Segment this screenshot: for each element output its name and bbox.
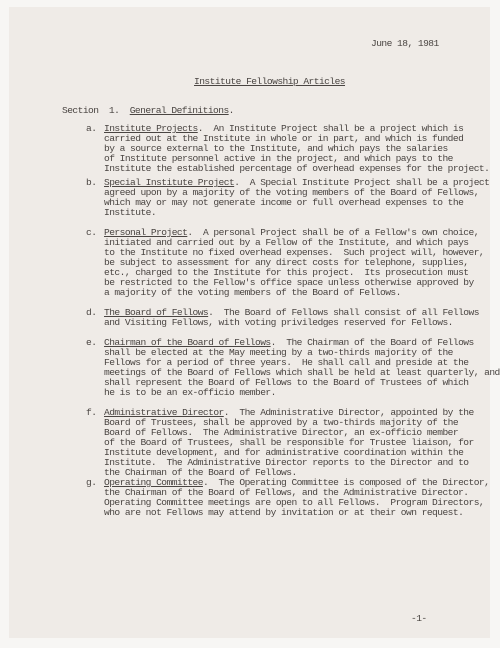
definition-item: The Board of Fellows. The Board of Fello… (104, 308, 479, 328)
item-letter: d. (86, 308, 96, 318)
section-title: General Definitions (130, 105, 229, 116)
definition-item: Special Institute Project. A Special Ins… (104, 178, 489, 218)
document-date: June 18, 1981 (371, 39, 439, 49)
section-label: Section (62, 105, 98, 116)
definition-line: and Visiting Fellows, with voting privil… (104, 318, 479, 328)
item-letter: g. (86, 478, 96, 488)
definition-item: Administrative Director. The Administrat… (104, 408, 474, 478)
item-letter: b. (86, 178, 96, 188)
item-letter: a. (86, 124, 96, 134)
item-letter: c. (86, 228, 96, 238)
definition-line: a majority of the voting members of the … (104, 288, 484, 298)
definition-line: he is to be an ex-officio member. (104, 388, 500, 398)
definition-line: Institute the established percentage of … (104, 164, 489, 174)
definition-line: Institute. (104, 208, 489, 218)
definition-item: Personal Project. A personal Project sha… (104, 228, 484, 298)
definition-item: Institute Projects. An Institute Project… (104, 124, 489, 174)
document-title: Institute Fellowship Articles (194, 77, 345, 87)
item-letter: f. (86, 408, 96, 418)
page-number: -1- (411, 614, 427, 624)
definition-line: who are not Fellows may attend by invita… (104, 508, 489, 518)
definition-item: Operating Committee. The Operating Commi… (104, 478, 489, 518)
definition-line: which may or may not generate income or … (104, 198, 489, 208)
section-number: 1. (109, 105, 119, 116)
item-letter: e. (86, 338, 96, 348)
definition-item: Chairman of the Board of Fellows. The Ch… (104, 338, 500, 398)
section-heading: Section 1. General Definitions. (62, 106, 234, 116)
